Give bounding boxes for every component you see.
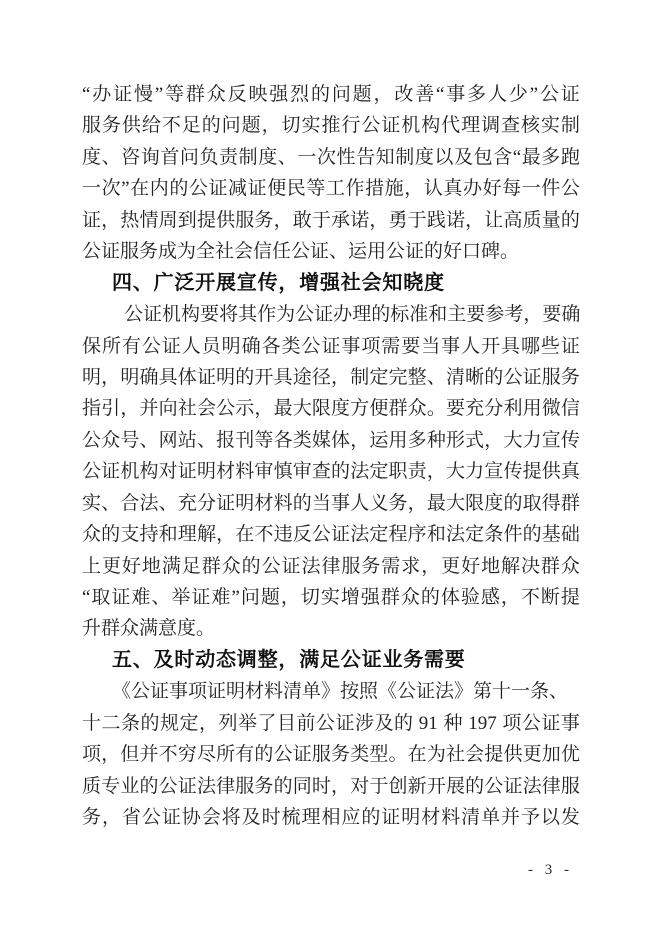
text-line: 质专业的公证法律服务的同时，对于创新开展的公证法律服 (82, 771, 580, 802)
text-line: 项，但并不穷尽所有的公证服务类型。在为社会提供更加优 (82, 739, 580, 770)
text-line: 度、咨询首问负责制度、一次性告知制度以及包含“最多跑 (82, 142, 580, 173)
text-line: 一次”在内的公证减证便民等工作措施，认真办好每一件公 (82, 173, 580, 204)
section-heading: 五、及时动态调整，满足公证业务需要 (82, 645, 580, 676)
text-line: 《公证事项证明材料清单》按照《公证法》第十一条、 (82, 676, 580, 707)
document-page: “办证慢”等群众反映强烈的问题，改善“事多人少”公证服务供给不足的问题，切实推行… (0, 0, 668, 936)
text-line: 上更好地满足群众的公证法律服务需求，更好地解决群众 (82, 551, 580, 582)
text-line: 公众号、网站、报刊等各类媒体，运用多种形式，大力宣传 (82, 425, 580, 456)
text-line: 服务供给不足的问题，切实推行公证机构代理调查核实制 (82, 110, 580, 141)
text-line: 公证机构要将其作为公证办理的标准和主要参考，要确 (82, 299, 580, 330)
text-line: 证，热情周到提供服务，敢于承诺，勇于践诺，让高质量的 (82, 205, 580, 236)
text-line: 公证机构对证明材料审慎审查的法定职责，大力宣传提供真 (82, 456, 580, 487)
text-line: 公证服务成为全社会信任公证、运用公证的好口碑。 (82, 236, 580, 267)
text-line: 明，明确具体证明的开具途径，制定完整、清晰的公证服务 (82, 362, 580, 393)
text-line: 保所有公证人员明确各类公证事项需要当事人开具哪些证 (82, 331, 580, 362)
text-line: 务，省公证协会将及时梳理相应的证明材料清单并予以发 (82, 802, 580, 833)
document-body: “办证慢”等群众反映强烈的问题，改善“事多人少”公证服务供给不足的问题，切实推行… (82, 79, 580, 834)
section-heading: 四、广泛开展宣传，增强社会知晓度 (82, 268, 580, 299)
text-line: “办证慢”等群众反映强烈的问题，改善“事多人少”公证 (82, 79, 580, 110)
text-line: “取证难、举证难”问题，切实增强群众的体验感，不断提 (82, 582, 580, 613)
page-number: - 3 - (528, 862, 572, 879)
text-line: 指引，并向社会公示，最大限度方便群众。要充分利用微信 (82, 393, 580, 424)
text-line: 十二条的规定，列举了目前公证涉及的 91 种 197 项公证事 (82, 708, 580, 739)
text-line: 实、合法、充分证明材料的当事人义务，最大限度的取得群 (82, 488, 580, 519)
text-line: 众的支持和理解，在不违反公证法定程序和法定条件的基础 (82, 519, 580, 550)
text-line: 升群众满意度。 (82, 613, 580, 644)
